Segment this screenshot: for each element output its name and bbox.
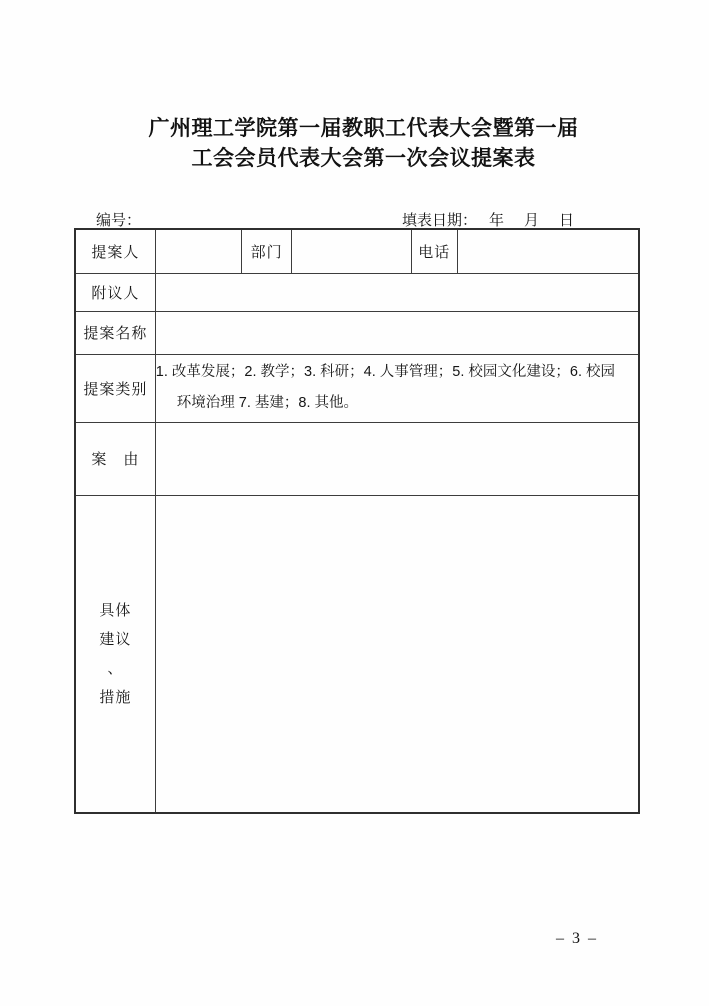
fill-date-label: 填表日期：: [402, 209, 477, 230]
suggestion-label-part4: 措施: [76, 683, 155, 712]
form-number-label: 编号：: [96, 209, 141, 230]
department-value-cell: [292, 229, 411, 273]
document-title-line2: 工会会员代表大会第一次会议提案表: [18, 144, 709, 174]
proposal-name-value-cell: [155, 311, 639, 354]
category-options-cell: 1. 改革发展；2. 教学；3. 科研；4. 人事管理；5. 校园文化建设；6.…: [155, 354, 639, 422]
scanned-form-page: 广州理工学院第一届教职工代表大会暨第一届 工会会员代表大会第一次会议提案表 编号…: [0, 0, 709, 1006]
department-label: 部门: [242, 229, 292, 273]
table-row-proposal-name: 提案名称: [75, 311, 639, 354]
category-label: 提案类别: [75, 354, 155, 422]
year-label: 年: [489, 209, 504, 230]
suggestion-label-part3: 、: [76, 654, 155, 683]
category-options-line1: 1. 改革发展；2. 教学；3. 科研；4. 人事管理；5. 校园文化建设；6.…: [156, 357, 638, 388]
document-title: 广州理工学院第一届教职工代表大会暨第一届 工会会员代表大会第一次会议提案表: [0, 114, 709, 174]
seconder-label: 附议人: [75, 273, 155, 311]
seconder-value-cell: [155, 273, 639, 311]
category-options-line2: 环境治理 7. 基建；8. 其他。: [156, 388, 638, 419]
proposal-name-label: 提案名称: [75, 311, 155, 354]
table-row-proposer: 提案人 部门 电话: [75, 229, 639, 273]
meta-row: 编号： 填表日期： 年 月 日: [0, 209, 709, 229]
suggestion-label-part2: 建议: [76, 625, 155, 654]
table-row-seconder: 附议人: [75, 273, 639, 311]
phone-label: 电话: [411, 229, 457, 273]
table-row-category: 提案类别 1. 改革发展；2. 教学；3. 科研；4. 人事管理；5. 校园文化…: [75, 354, 639, 422]
month-label: 月: [524, 209, 539, 230]
table-row-suggestions: 具体 建议 、 措施: [75, 495, 639, 813]
suggestion-label-part1: 具体: [76, 596, 155, 625]
reason-label: 案 由: [75, 422, 155, 495]
suggestion-label: 具体 建议 、 措施: [75, 495, 155, 813]
document-title-line1: 广州理工学院第一届教职工代表大会暨第一届: [18, 114, 709, 144]
suggestion-value-cell: [155, 495, 639, 813]
page-number: – 3 –: [556, 930, 598, 948]
proposer-value-cell: [155, 229, 241, 273]
phone-value-cell: [457, 229, 639, 273]
table-row-reason: 案 由: [75, 422, 639, 495]
reason-value-cell: [155, 422, 639, 495]
day-label: 日: [559, 209, 574, 230]
proposal-form-table: 提案人 部门 电话 附议人 提案名称 提案类别 1. 改革发展；2. 教学；3.…: [74, 228, 640, 814]
proposer-label: 提案人: [75, 229, 155, 273]
